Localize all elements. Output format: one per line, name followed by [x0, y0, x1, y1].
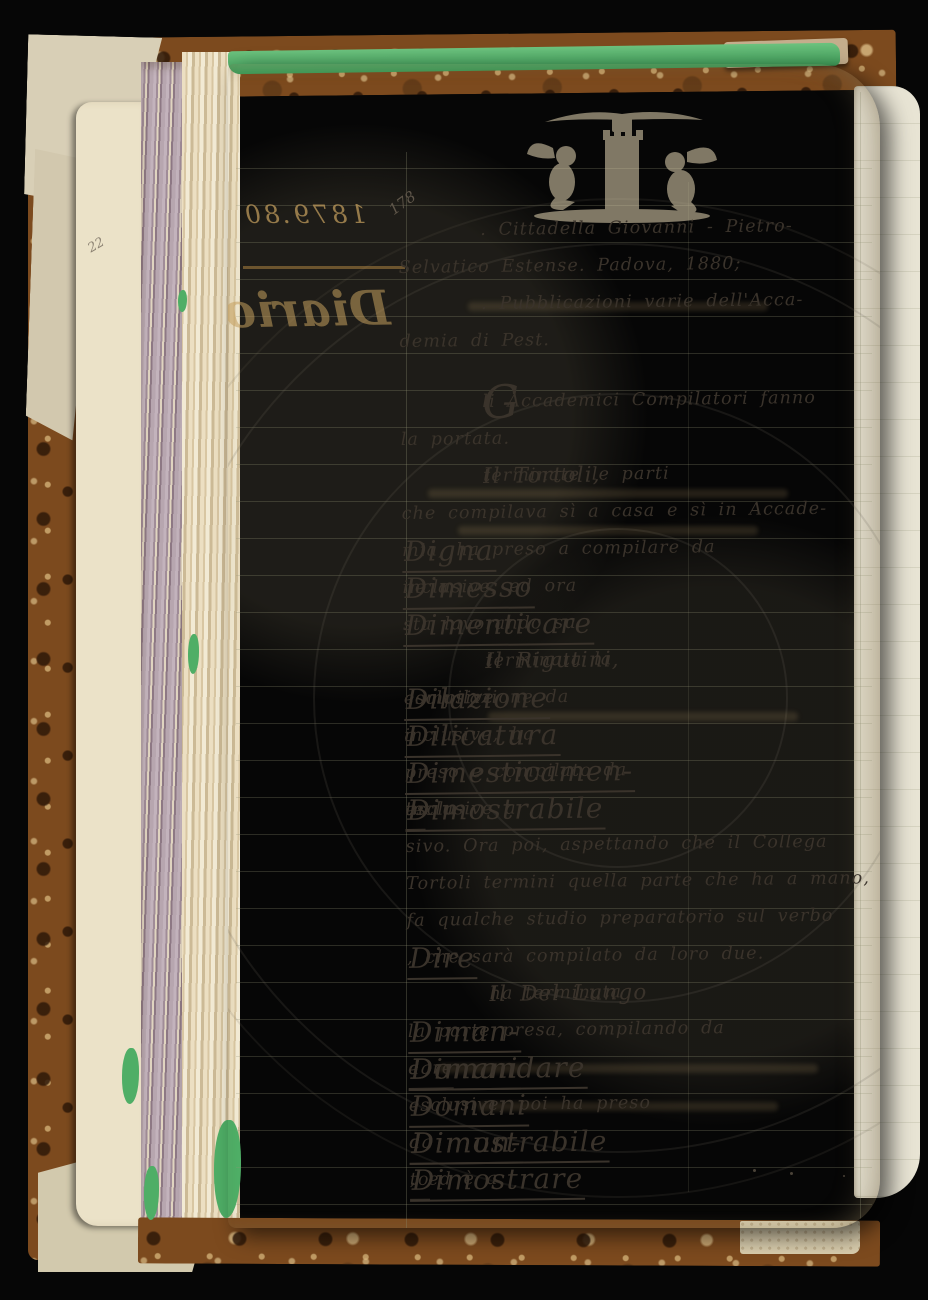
handwriting-segment: esclu- [405, 791, 464, 829]
headword: Diman- [408, 1013, 521, 1054]
handwriting-segment: . [410, 1162, 417, 1199]
page-edges-purple [141, 62, 185, 1242]
manuscript-line: demia di Pest. [399, 318, 880, 361]
handwriting-segment: la portata. [401, 421, 511, 459]
handwriting-segment: esclusive; poi ha preso [409, 1085, 652, 1125]
manuscript-line: Dire, che sarà compilato da loro due. [407, 934, 880, 977]
ink-speck [843, 1175, 845, 1177]
handwriting-segment: Tortoli termini quella parte che ha a ma… [406, 860, 870, 903]
manuscript-line: . Cittadella Giovanni - Pietro- [398, 207, 880, 250]
cherubs-castle-crest-icon [515, 106, 730, 224]
manuscript-line: mia, ha preso a compilare da Digna [402, 527, 880, 570]
bleedthrough-rule [243, 266, 405, 269]
sheet-number: 22 [85, 235, 107, 256]
headword: Dimostrare [410, 1160, 586, 1202]
manuscript-line: Il Del Lungo ha terminata [407, 971, 880, 1014]
ink-speck [753, 1169, 756, 1172]
manuscript-line: ne a Dimesso inclusive, ed ora [402, 564, 880, 607]
handwriting-segment: ha terminata [489, 974, 622, 1013]
manuscript-line: fa qualche studio preparatorio sul verbo [406, 897, 880, 940]
manuscript-page: 178 1879.80 Diario . Cittadella Giovanni… [228, 64, 880, 1228]
handwriting-segment: Selvatico Estense. Padova, 1880; [398, 246, 741, 287]
manuscript-line: la parte presa, compilando da Diman- [408, 1008, 880, 1051]
manuscript-line: preso e compilato da Dimesticamen- [405, 749, 880, 792]
bleedthrough-year: 1879.80 [242, 200, 366, 229]
handwriting-segment: fa qualche studio preparatorio sul verbo [406, 898, 833, 940]
manuscript-photo: 22 [0, 0, 928, 1300]
manuscript-line: Gli Accademici Compilatori fanno [400, 379, 880, 422]
manuscript-line: da Dimostrabile a Dimun- [409, 1119, 880, 1162]
manuscript-line: . Pubblicazioni varie dell'Acca- [399, 281, 880, 324]
manuscript-line: Il Tortoli, terminate le parti [401, 453, 880, 496]
handwriting-segment: sivo. Ora poi, aspettando che il Collega [406, 824, 828, 866]
handwriting-segment: terminata la [485, 641, 612, 680]
handwriting-segment: . [403, 607, 410, 644]
manuscript-line: sivo. Ora poi, aspettando che il Collega [406, 823, 880, 866]
manuscript-line: Tortoli termini quella parte che ha a ma… [406, 860, 880, 903]
handwriting-segment: inclusive, ha [404, 716, 535, 755]
ink-speck [790, 1172, 793, 1175]
manuscript-line: la portata. [401, 416, 880, 459]
handwriting-segment: . Pubblicazioni varie dell'Acca- [481, 282, 804, 323]
handwriting-segment: esclusive [404, 680, 495, 718]
headword: Dimenticare [403, 605, 595, 647]
handwriting-segment: demia di Pest. [399, 322, 550, 361]
handwriting-segment: inclusive, ed ora [402, 568, 577, 607]
headword: Digna [402, 532, 496, 573]
manuscript-line: Il Rigutini, terminata la [403, 638, 880, 681]
handwriting-segment: . Cittadella Giovanni - Pietro- [480, 208, 793, 249]
handwriting-segment: , che sarà compilato da loro due. [407, 936, 765, 977]
manuscript-line: Selvatico Estense. Padova, 1880; [398, 244, 880, 287]
headword: Dimun- [409, 1124, 524, 1165]
manuscript-line: dare e Domandare a Dimani [408, 1045, 880, 1088]
manuscript-line: sta lavorando su Dimenticare. [403, 601, 880, 644]
manuscript-line: e Domani esclusive; poi ha preso [409, 1082, 880, 1125]
manuscript-line: a Dilicatura inclusive, ha [404, 712, 880, 755]
manuscript-line: to, ed è a Dimostrare. [410, 1156, 880, 1199]
handwriting-segment: terminate le parti [483, 456, 670, 495]
manuscript-line: compilazione da Dilazione esclusive [404, 675, 880, 718]
manuscript-line: che compilava sì a casa e sì in Accade- [401, 490, 880, 533]
headword: Dimesticamen- [405, 752, 636, 795]
headword: Dimani [408, 1050, 521, 1091]
manuscript-line: te inclusive a Dimostrabile esclu- [405, 786, 880, 829]
bleedthrough-title: Diario [228, 281, 391, 340]
handwriting-segment: li Accademici Compilatori fanno [482, 380, 816, 421]
manuscript-text-block: . Cittadella Giovanni - Pietro-Selvatico… [398, 207, 880, 1199]
handwriting-segment: che compilava sì a casa e sì in Accade- [401, 491, 827, 533]
